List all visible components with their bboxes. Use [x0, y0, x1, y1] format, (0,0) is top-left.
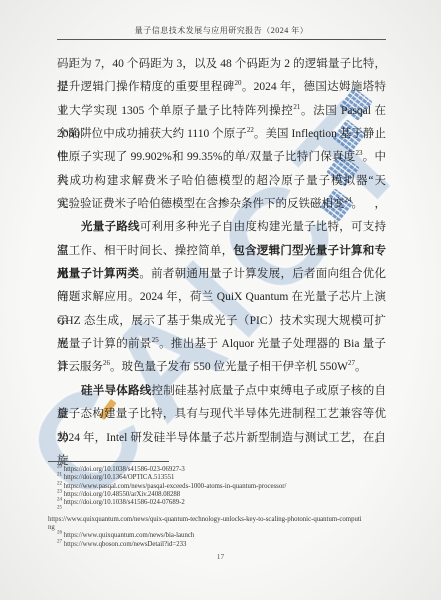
footnote-row: 24 https://doi.org/10.1038/s41586-024-07… — [48, 499, 433, 507]
text-segment: 温工作、相干时间长、操控简单， — [57, 245, 233, 257]
text-segment: 。 — [352, 198, 364, 210]
body-text-line: 2024 年，Intel 研发硅半导体量子芯片新型制造与测试工艺，在自旋 — [57, 427, 386, 450]
footnote-number: 25 — [57, 506, 62, 511]
text-segment: 光量子路线 — [81, 221, 140, 233]
footnote-url: https://www.quixquantum.com/news/quix-qu… — [48, 516, 362, 523]
body-text-line: 个陷阱位中成功捕获大约 1110 个原子22。美国 Infleqtion 基于静… — [57, 123, 386, 146]
footnote-separator — [48, 461, 169, 462]
body-text-line: 提升逻辑门操作精度的重要里程碑20。2024 年，德国达姆施塔特工 — [57, 76, 386, 99]
body-text-line: 大成功构建求解费米子哈伯德模型的超冷原子量子模拟器“天元”， — [57, 170, 386, 193]
footnote-number: 22 — [57, 481, 62, 486]
text-segment: 实验验证费米子哈伯德模型在含掺杂条件下的反铁磁相变 — [57, 198, 345, 210]
footnotes: 20 https://doi.org/10.1038/s41586-023-06… — [48, 466, 433, 549]
text-segment: 提升逻辑门操作精度的重要里程碑 — [57, 81, 234, 93]
body-text-line: GHZ 态生成，展示了基于集成光子（PIC）技术实现大规模可扩展 — [57, 310, 386, 333]
footnote-reference: 27 — [348, 360, 355, 368]
body-text-line: 光量子计算的前景25。推出基于 Alquor 光量子处理器的 Bia 量子计 — [57, 333, 386, 356]
footnote-row: 26 https://www.quixquantum.com/news/bia-… — [48, 532, 433, 540]
body-text-line: 硅半导体路线控制硅基衬底量子点中束缚电子或原子核的自旋 — [57, 380, 386, 403]
body-text-line: 码距为 7，40 个码距为 3，以及 48 个码距为 2 的逻辑量子比特，是 — [57, 53, 386, 76]
footnote-number: 26 — [57, 531, 62, 536]
text-segment: 光量子计算两类 — [57, 268, 139, 280]
text-segment: 。玻色量子发布 550 位光量子相干伊辛机 550W — [110, 361, 348, 373]
body-text-line: 问题求解应用。2024 年，荷兰 QuiX Quantum 在光量子芯片上演示 — [57, 286, 386, 309]
header-divider — [57, 39, 386, 40]
footnote-row: 27 https://www.qboson.com/newsDetail?id=… — [48, 541, 433, 549]
footnote-number: 20 — [57, 465, 62, 470]
footnote-url: https://doi.org/10.1364/OPTICA.513551 — [64, 474, 175, 481]
footnote-url: https://doi.org/10.1038/s41586-023-06927… — [64, 466, 185, 473]
footnote-number: 21 — [57, 473, 62, 478]
page-content: 量子信息技术发展与应用研究报告（2024 年） 码距为 7，40 个码距为 3，… — [0, 0, 441, 600]
body-text-line: 业大学实现 1305 个单原子量子比特阵列操控21。法国 Pasqal 在 20… — [57, 100, 386, 123]
footnote-row: https://www.quixquantum.com/news/quix-qu… — [48, 516, 433, 524]
footnote-reference: 24 — [345, 196, 352, 204]
footnote-number: 23 — [57, 490, 62, 495]
body-text-line: 算云服务26。玻色量子发布 550 位光量子相干伊辛机 550W27。 — [57, 356, 386, 379]
footnote-url: https://doi.org/10.48550/arXiv.2408.0828… — [64, 491, 181, 498]
text-segment: 业大学实现 1305 个单原子量子比特阵列操控 — [57, 105, 293, 117]
footnote-reference: 25 — [152, 336, 159, 344]
footnote-url: https://doi.org/10.1038/s41586-024-07689… — [64, 499, 185, 506]
footnote-url: https://www.qboson.com/newsDetail?id=233 — [64, 541, 187, 548]
text-segment: 。 — [355, 361, 367, 373]
footnote-row: 23 https://doi.org/10.48550/arXiv.2408.0… — [48, 491, 433, 499]
body-text-line: 光量子计算两类。前者朝通用量子计算发展，后者面向组合优化等 — [57, 263, 386, 286]
footnote-row: 21 https://doi.org/10.1364/OPTICA.513551 — [48, 474, 433, 482]
text-segment: 算云服务 — [57, 361, 103, 373]
text-segment: 硅半导体路线 — [81, 385, 151, 397]
running-header-title: 量子信息技术发展与应用研究报告（2024 年） — [57, 25, 386, 36]
body-text-line: 实验验证费米子哈伯德模型在含掺杂条件下的反铁磁相变24。 — [57, 193, 386, 216]
footnote-reference: 26 — [103, 360, 110, 368]
footnote-row: 22 https://www.pasqal.com/news/pasqal-ex… — [48, 483, 433, 491]
text-segment: 个陷阱位中成功捕获大约 1110 个原子 — [57, 128, 247, 140]
body-text: 码距为 7，40 个码距为 3，以及 48 个码距为 2 的逻辑量子比特，是提升… — [57, 53, 386, 450]
body-text-line: 量子态构建量子比特，具有与现代半导体先进制程工艺兼容等优势。 — [57, 403, 386, 426]
footnote-url: https://www.quixquantum.com/news/bia-lau… — [64, 532, 195, 539]
document-page: CAICT 量子信息技术发展与应用研究报告（2024 年） 码距为 7，40 个… — [0, 0, 441, 600]
footnote-number: 27 — [57, 539, 62, 544]
text-segment: 光量子计算的前景 — [57, 338, 152, 350]
footnote-number: 24 — [57, 498, 62, 503]
body-text-line: 光量子路线可利用多种光子自由度构建光量子比特，可支持室 — [57, 216, 386, 239]
footnote-row: 25 — [48, 507, 433, 515]
body-text-line: 温工作、相干时间长、操控简单，包含逻辑门型光量子计算和专用 — [57, 240, 386, 263]
body-text-line: 性原子实现了 99.902%和 99.35%的单/双量子比特门保真度23。中科 — [57, 146, 386, 169]
text-segment: 性原子实现了 99.902%和 99.35%的单/双量子比特门保真度 — [57, 151, 355, 163]
page-number: 17 — [0, 552, 441, 561]
footnote-url: https://www.pasqal.com/news/pasqal-excee… — [64, 483, 287, 490]
footnote-url: ng — [48, 524, 55, 531]
footnote-reference: 22 — [247, 126, 254, 134]
